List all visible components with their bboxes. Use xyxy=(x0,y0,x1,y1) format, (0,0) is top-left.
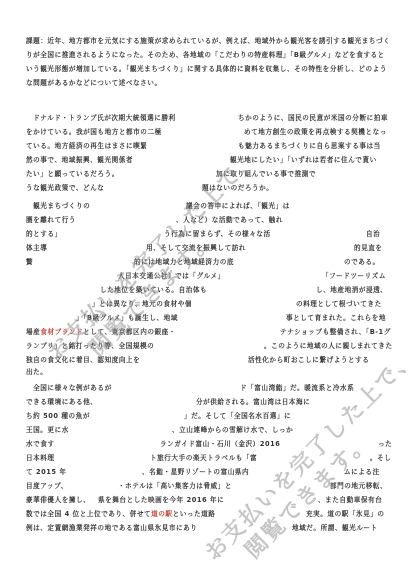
body-line: 充実。道の駅「氷見」の xyxy=(306,510,385,519)
highlighted-term: 食材ブランド xyxy=(40,328,83,336)
body-line: 」「B級グルメ」も誕生し、地域 xyxy=(76,314,178,323)
body-line: ト旅行大手の楽天トラベルも「富 xyxy=(150,454,257,463)
body-line: 「フードツーリズム xyxy=(322,272,386,281)
body-line: 人日本交通公社）では「グルメ」 xyxy=(118,272,225,281)
body-line: 然の事で、地域振興、観光関係者 xyxy=(26,156,133,165)
body-line: の料理として根づいてきた xyxy=(296,300,382,309)
body-line: 圏を離れて行う xyxy=(26,216,76,225)
highlighted-term: 道の駅 xyxy=(151,510,172,518)
body-line: 的とする」 xyxy=(26,230,62,239)
body-line: った xyxy=(378,440,392,449)
body-line: した地位を築いている。自治体も xyxy=(100,286,207,295)
body-line: ドナルド・トランプ氏が次期大統領選に勝利 xyxy=(26,114,176,123)
body-line: 」だ。そして「全国名水百選」に xyxy=(184,412,291,421)
body-line: て 2015 年 xyxy=(26,468,67,477)
body-line: 、立山連峰からの雪解け水で、しっか xyxy=(172,426,293,435)
body-line: 贅 xyxy=(26,258,33,267)
body-line: 全国に様々な例があるが xyxy=(26,384,112,393)
body-text: といった道路 xyxy=(173,510,216,518)
body-text: 場産 xyxy=(26,328,40,336)
body-text: 数では全国 4 位と上位であり、併せて xyxy=(26,510,151,518)
body-line: めて地方創生の政策を再点検する契機となっ xyxy=(244,128,387,137)
body-line: 水で食す xyxy=(26,440,55,449)
body-text: として、東京都区内の銀座・ xyxy=(83,328,176,336)
body-line: 場産食材ブランドとして、東京都区内の銀座・ xyxy=(26,328,176,337)
body-line: 的見直を xyxy=(354,244,383,253)
body-line: う行為に留まらず、その様々な活 xyxy=(164,230,271,239)
body-line: 議会の答申によれば、「観光」は xyxy=(186,202,290,211)
body-line: 自治 xyxy=(366,230,380,239)
body-line: 目度アップ、 xyxy=(26,482,68,491)
body-line: ド「富山湾鮨」だ。暖流系と冷水系 xyxy=(240,384,354,393)
body-line: ムによる注 xyxy=(344,468,380,477)
body-line: ・ホテルは「高い集客力は脅威」と xyxy=(118,482,232,491)
body-line: 日本料理 xyxy=(26,454,55,463)
body-line: 体主導 xyxy=(26,244,47,253)
body-line: 王国。更に水 xyxy=(26,426,69,435)
body-line: ちかのように、国民の民意が米国の分断に拍車 xyxy=(238,114,388,123)
document-page: 課題：近年、地方都市を元気にする施策が求められているが、例えば、地域外から観光客… xyxy=(0,0,410,580)
prompt-line: いう観光形態が増加している。「観光まちづくり」に関する具体的に資料を収集し、その… xyxy=(26,65,387,74)
body-line: 、名鮨・星野リゾートの富山県内 xyxy=(142,468,249,477)
body-line: 用、そして交流を振興して訪れ xyxy=(146,244,246,253)
body-line: 的には地域力と地域経済力の底 xyxy=(134,258,234,267)
prompt-line: りが全国に推進されるようになった。そのため、各地域の「こだわりの特産料理」「B級… xyxy=(26,51,385,60)
body-line: 出た。 xyxy=(26,368,47,377)
body-line: うな観光政策で、どんな xyxy=(26,184,104,193)
body-line: 分が供給される。富山湾は日本海に xyxy=(196,398,310,407)
body-line: たい」と願っているだろう。 xyxy=(26,170,119,179)
body-line: 県を舞台とした映画を今年 2016 年に xyxy=(98,496,224,505)
body-line: 、人など）な活動であって、触れ xyxy=(176,216,283,225)
body-line: 豪華俳優人を擁し、 xyxy=(26,496,90,505)
body-line: ている。地方経済の再生はまさに喫緊 xyxy=(26,142,147,151)
body-line: ち約 500 種の魚が xyxy=(26,412,90,421)
body-line: 部門の地元移転、 xyxy=(330,482,387,491)
body-line: 、また自動車保有台 xyxy=(318,496,382,505)
body-line: 観光地にしたい」「いずれは若者に住んで貰い xyxy=(230,156,377,165)
body-line: 題はないのだろうか。 xyxy=(202,184,273,193)
body-line: 数では全国 4 位と上位であり、併せて道の駅といった道路 xyxy=(26,510,215,519)
body-line: のである。 xyxy=(344,258,380,267)
body-line: し、地産地消が浸透、 xyxy=(316,286,387,295)
body-line: をかけている。我が国も地方と都市の二極 xyxy=(26,128,162,137)
body-line: ランガイド富山・石川（金沢）2016 xyxy=(160,440,280,449)
body-line: テナショップも整備され、「B-1グ xyxy=(280,328,391,337)
body-line: も魅力あるまちづくりに自ら思案する事は当 xyxy=(238,142,381,151)
body-line: 」とは異なり、地元の食材や個 xyxy=(92,300,192,309)
body-line: 事として育まれた。これらを地 xyxy=(286,314,386,323)
body-line: 地域だ。所謂、観光ルート xyxy=(292,524,378,533)
prompt-line: な問題があるかなどについて述べなさい。 xyxy=(26,79,162,88)
prompt-line: 課題：近年、地方都市を元気にする施策が求められているが、例えば、地域外から観光客… xyxy=(26,37,390,46)
body-line: 加に取り組んでいる事で推測で xyxy=(216,170,316,179)
body-line: 例は、定置網漁業発祥の地である富山県氷見市にあり xyxy=(26,524,197,533)
body-line: 活性化から町おこしに繋げようとする xyxy=(248,356,369,365)
body-line: 。このように地域の人に親しまれてきた xyxy=(264,342,393,351)
body-line: ランプリ」と銘打ったり等、全国規模の xyxy=(26,342,154,351)
body-line: できる環境にある他、 xyxy=(26,398,97,407)
body-line: 観光まちづくりの xyxy=(26,202,90,211)
body-line: 独自の食文化に着目、認知度向上を xyxy=(26,356,140,365)
body-line: 。そし xyxy=(370,454,391,463)
